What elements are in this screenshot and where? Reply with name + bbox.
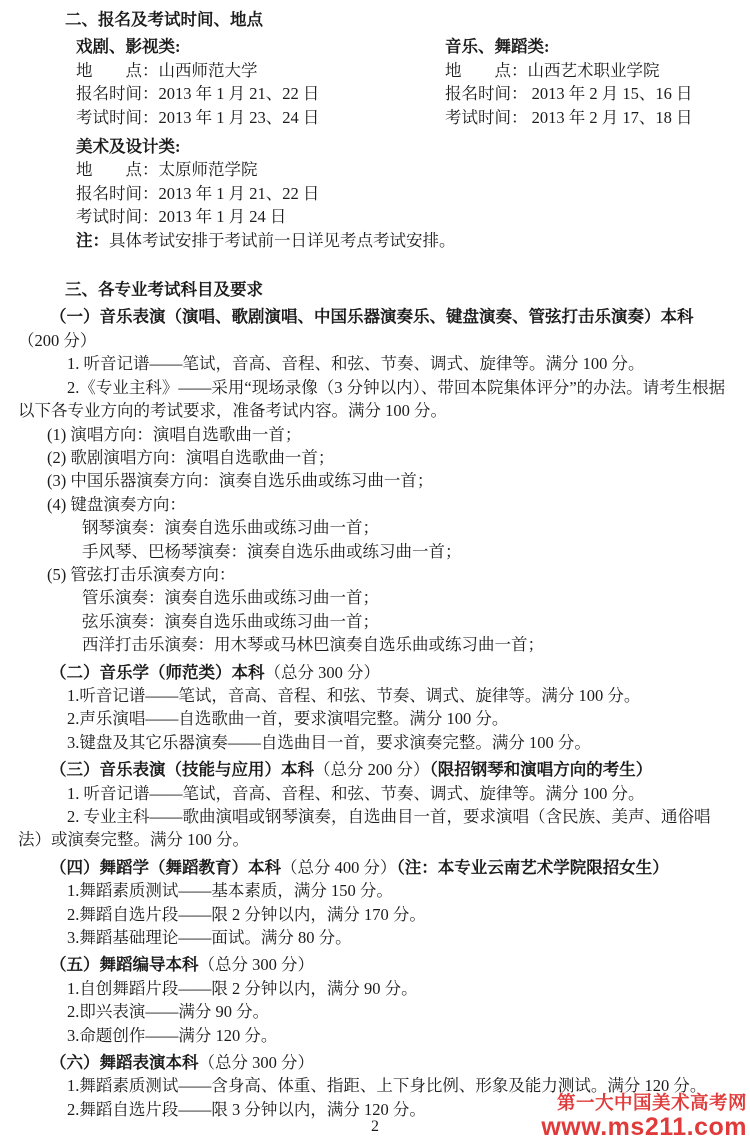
heading-part: （200 分） [18, 331, 96, 350]
info-label: 报名时间： [445, 84, 528, 103]
subsection-heading: （五）舞蹈编导本科（总分 300 分） [18, 953, 734, 976]
subsection-heading: （六）舞蹈表演本科（总分 300 分） [18, 1051, 734, 1074]
watermark: 第一大中国美术高考网 www.ms211.com [541, 1094, 747, 1139]
info-row: 地 点：太原师范学院 [76, 158, 734, 181]
exam-item: 3.命题创作——满分 120 分。 [18, 1024, 734, 1047]
exam-item: 西洋打击乐演奏：用木琴或马林巴演奏自选乐曲或练习曲一首； [18, 633, 734, 656]
heading-part: （一）音乐表演（演唱、歌剧演唱、中国乐器演奏乐、键盘演奏、管弦打击乐演奏）本科 [50, 307, 694, 326]
exam-item: 2.即兴表演——满分 90 分。 [18, 1000, 734, 1023]
heading-part: （总分 300 分） [265, 663, 381, 682]
info-value: 太原师范学院 [159, 160, 258, 179]
exam-category-block: 美术及设计类:地 点：太原师范学院报名时间：2013 年 1 月 21、22 日… [76, 135, 734, 229]
info-row: 报名时间：2013 年 1 月 21、22 日 [76, 182, 734, 205]
heading-part: （五）舞蹈编导本科 [50, 955, 199, 974]
exam-item: 3.舞蹈基础理论——面试。满分 80 分。 [18, 926, 734, 949]
schedule-right-column: 音乐、舞蹈类:地 点：山西艺术职业学院报名时间： 2013 年 2 月 15、1… [445, 35, 693, 129]
exam-item: 弦乐演奏：演奏自选乐曲或练习曲一首； [18, 610, 734, 633]
heading-part: （总分 300 分） [199, 1053, 315, 1072]
heading-part: （注：本专业云南艺术学院限招女生） [397, 858, 669, 877]
info-label: 考试时间： [445, 108, 528, 127]
info-value: 山西师范大学 [159, 61, 258, 80]
section-2-title: 二、报名及考试时间、地点 [65, 8, 734, 31]
exam-item: 2.舞蹈自选片段——限 2 分钟以内，满分 170 分。 [18, 903, 734, 926]
info-value: 2013 年 1 月 24 日 [159, 207, 287, 226]
subsection: （五）舞蹈编导本科（总分 300 分）1.自创舞蹈片段——限 2 分钟以内，满分… [18, 953, 734, 1047]
exam-item: 1. 听音记谱——笔试，音高、音程、和弦、节奏、调式、旋律等。满分 100 分。 [18, 352, 734, 375]
exam-item: 1. 听音记谱——笔试，音高、音程、和弦、节奏、调式、旋律等。满分 100 分。 [18, 782, 734, 805]
exam-item: 管乐演奏：演奏自选乐曲或练习曲一首； [18, 586, 734, 609]
exam-item: 钢琴演奏：演奏自选乐曲或练习曲一首； [18, 516, 734, 539]
info-value: 2013 年 1 月 21、22 日 [159, 84, 320, 103]
note-text: 具体考试安排于考试前一日详见考点考试安排。 [109, 231, 456, 250]
subsection-heading: （四）舞蹈学（舞蹈教育）本科（总分 400 分）（注：本专业云南艺术学院限招女生… [18, 856, 734, 879]
subsection: （二）音乐学（师范类）本科（总分 300 分）1.听音记谱——笔试，音高、音程、… [18, 661, 734, 755]
exam-category-block: 音乐、舞蹈类:地 点：山西艺术职业学院报名时间： 2013 年 2 月 15、1… [445, 35, 693, 129]
exam-item: 1.听音记谱——笔试，音高、音程、和弦、节奏、调式、旋律等。满分 100 分。 [18, 684, 734, 707]
heading-part: （二）音乐学（师范类）本科 [50, 663, 265, 682]
document-page: 二、报名及考试时间、地点 戏剧、影视类:地 点：山西师范大学报名时间：2013 … [0, 0, 750, 1121]
exam-item: (3) 中国乐器演奏方向：演奏自选乐曲或练习曲一首； [18, 469, 734, 492]
info-value: 2013 年 2 月 17、18 日 [528, 108, 693, 127]
subsection-heading: （一）音乐表演（演唱、歌剧演唱、中国乐器演奏乐、键盘演奏、管弦打击乐演奏）本科（… [18, 305, 734, 352]
exam-item: 1.舞蹈素质测试——基本素质，满分 150 分。 [18, 879, 734, 902]
exam-item: (4) 键盘演奏方向： [18, 493, 734, 516]
exam-item: 2.《专业主科》——采用“现场录像（3 分钟以内）、带回本院集体评分”的办法。请… [18, 376, 734, 423]
note-label: 注： [76, 231, 109, 250]
category-title: 美术及设计类: [76, 135, 734, 158]
watermark-site-name: 第一大中国美术高考网 [541, 1094, 747, 1115]
info-value: 2013 年 2 月 15、16 日 [528, 84, 693, 103]
exam-subsections: （一）音乐表演（演唱、歌剧演唱、中国乐器演奏乐、键盘演奏、管弦打击乐演奏）本科（… [18, 305, 734, 1121]
info-label: 地 点： [76, 61, 159, 80]
heading-part: （六）舞蹈表演本科 [50, 1053, 199, 1072]
heading-part: （三）音乐表演（技能与应用）本科 [50, 760, 314, 779]
info-label: 考试时间： [76, 207, 159, 226]
subsection-heading: （三）音乐表演（技能与应用）本科（总分 200 分）（限招钢琴和演唱方向的考生） [18, 758, 734, 781]
exam-item: (1) 演唱方向：演唱自选歌曲一首； [18, 423, 734, 446]
subsection: （四）舞蹈学（舞蹈教育）本科（总分 400 分）（注：本专业云南艺术学院限招女生… [18, 856, 734, 950]
exam-item: 3.键盘及其它乐器演奏——自选曲目一首，要求演奏完整。满分 100 分。 [18, 731, 734, 754]
heading-part: （四）舞蹈学（舞蹈教育）本科 [50, 858, 281, 877]
info-row: 考试时间： 2013 年 2 月 17、18 日 [445, 106, 693, 129]
heading-part: （总分 200 分） [314, 760, 430, 779]
info-value: 山西艺术职业学院 [528, 61, 660, 80]
info-label: 考试时间： [76, 108, 159, 127]
subsection: （一）音乐表演（演唱、歌剧演唱、中国乐器演奏乐、键盘演奏、管弦打击乐演奏）本科（… [18, 305, 734, 656]
subsection-heading: （二）音乐学（师范类）本科（总分 300 分） [18, 661, 734, 684]
exam-item: 1.自创舞蹈片段——限 2 分钟以内，满分 90 分。 [18, 977, 734, 1000]
heading-part: （限招钢琴和演唱方向的考生） [430, 760, 653, 779]
heading-part: （总分 300 分） [199, 955, 315, 974]
info-label: 地 点： [445, 61, 528, 80]
exam-item: 手风琴、巴杨琴演奏：演奏自选乐曲或练习曲一首； [18, 540, 734, 563]
info-row: 地 点：山西艺术职业学院 [445, 59, 693, 82]
category-title: 音乐、舞蹈类: [445, 35, 693, 58]
info-row: 考试时间：2013 年 1 月 24 日 [76, 205, 734, 228]
info-value: 2013 年 1 月 21、22 日 [159, 184, 320, 203]
info-value: 2013 年 1 月 23、24 日 [159, 108, 320, 127]
info-label: 地 点： [76, 160, 159, 179]
section-3-title: 三、各专业考试科目及要求 [65, 278, 734, 301]
info-row: 报名时间： 2013 年 2 月 15、16 日 [445, 82, 693, 105]
note-line: 注：具体考试安排于考试前一日详见考点考试安排。 [76, 229, 734, 252]
watermark-url: www.ms211.com [541, 1115, 747, 1139]
heading-part: （总分 400 分） [281, 858, 397, 877]
subsection: （三）音乐表演（技能与应用）本科（总分 200 分）（限招钢琴和演唱方向的考生）… [18, 758, 734, 852]
exam-item: 2. 专业主科——歌曲演唱或钢琴演奏，自选曲目一首，要求演唱（含民族、美声、通俗… [18, 805, 734, 852]
exam-item: (2) 歌剧演唱方向：演唱自选歌曲一首； [18, 446, 734, 469]
exam-item: (5) 管弦打击乐演奏方向： [18, 563, 734, 586]
info-label: 报名时间： [76, 184, 159, 203]
info-label: 报名时间： [76, 84, 159, 103]
exam-item: 2.声乐演唱——自选歌曲一首，要求演唱完整。满分 100 分。 [18, 707, 734, 730]
schedule-columns: 戏剧、影视类:地 点：山西师范大学报名时间：2013 年 1 月 21、22 日… [18, 35, 734, 228]
